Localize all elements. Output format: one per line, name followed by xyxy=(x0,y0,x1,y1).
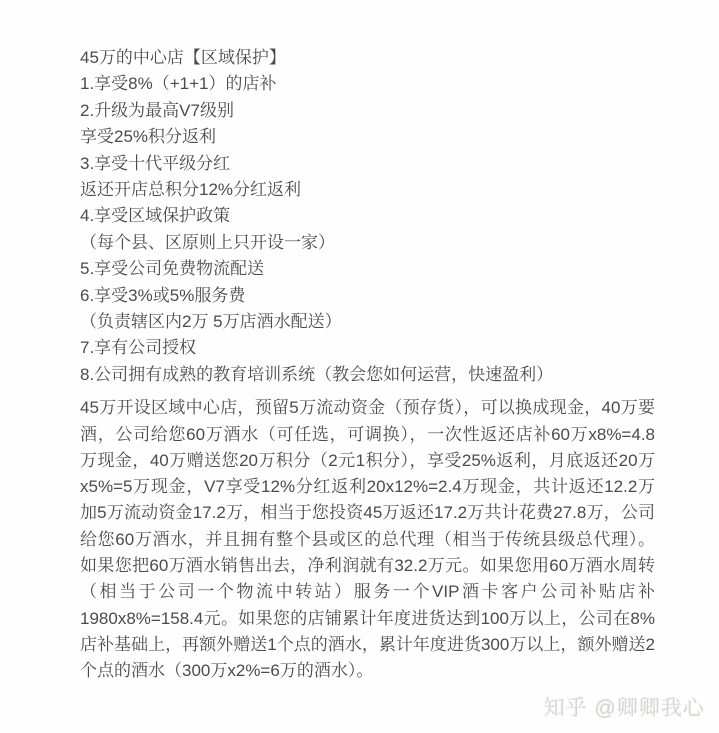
paragraph-line: 1980x8%=158.4元。如果您的店铺累计年度进货达到100万以上，公司在8… xyxy=(80,606,655,632)
benefit-line: 7.享有公司授权 xyxy=(80,335,655,361)
paragraph-line: 酒，公司给您60万酒水（可任选，可调换），一次性返还店补60万x8%=4.8 xyxy=(80,422,655,448)
paragraph-line: 如果您把60万酒水销售出去，净利润就有32.2万元。如果您用60万酒水周转 xyxy=(80,553,655,579)
paragraph-line: x5%=5万现金，V7享受12%分红返利20x12%=2.4万现金，共计返还12… xyxy=(80,474,655,500)
zhihu-watermark: 知乎 @卿卿我心 xyxy=(544,692,705,722)
benefit-line: 返还开店总积分12%分红返利 xyxy=(80,177,655,203)
benefit-line: 3.享受十代平级分红 xyxy=(80,151,655,177)
paragraph-line: 加5万流动资金17.2万，相当于您投资45万返还17.2万共计花费27.8万，公… xyxy=(80,500,655,526)
benefit-line: 2.升级为最高V7级别 xyxy=(80,98,655,124)
benefit-line: 5.享受公司免费物流配送 xyxy=(80,256,655,282)
paragraph-line: 店补基础上，再额外赠送1个点的酒水，累计年度进货300万以上，额外赠送2 xyxy=(80,632,655,658)
benefit-line: 1.享受8%（+1+1）的店补 xyxy=(80,71,655,97)
benefit-line: 享受25%积分返利 xyxy=(80,124,655,150)
paragraph-line: 个点的酒水（300万x2%=6万的酒水）。 xyxy=(80,658,655,684)
benefit-line: （每个县、区原则上只开设一家） xyxy=(80,230,655,256)
benefit-line: （负责辖区内2万 5万店酒水配送） xyxy=(80,309,655,335)
paragraph-line: 给您60万酒水，并且拥有整个县或区的总代理（相当于传统县级总代理）。 xyxy=(80,527,655,553)
page-canvas: { "page": { "background_color": "#fefefe… xyxy=(0,0,719,733)
paragraph-line: 45万开设区域中心店，预留5万流动资金（预存货），可以换成现金，40万要 xyxy=(80,395,655,421)
article-text-block: 45万的中心店【区域保护】 1.享受8%（+1+1）的店补 2.升级为最高V7级… xyxy=(80,45,655,685)
paragraph-line: （相当于公司一个物流中转站）服务一个VIP酒卡客户公司补贴店补 xyxy=(80,579,655,605)
store-package-heading: 45万的中心店【区域保护】 xyxy=(80,45,655,71)
benefit-line: 4.享受区域保护政策 xyxy=(80,203,655,229)
benefit-line: 6.享受3%或5%服务费 xyxy=(80,283,655,309)
investment-detail-paragraph: 45万开设区域中心店，预留5万流动资金（预存货），可以换成现金，40万要 酒，公… xyxy=(80,395,655,684)
benefit-line: 8.公司拥有成熟的教育培训系统（教会您如何运营，快速盈利） xyxy=(80,362,655,388)
paragraph-line: 万现金，40万赠送您20万积分（2元1积分），享受25%返利，月底返还20万 xyxy=(80,448,655,474)
